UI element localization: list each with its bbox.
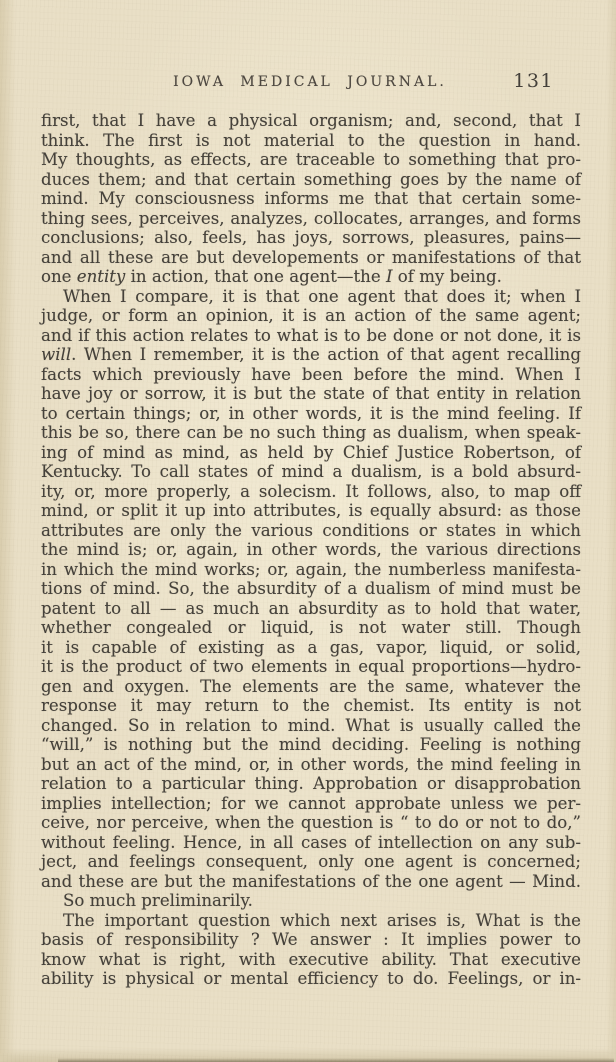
text-line: ceive, nor perceive, when the question i… xyxy=(41,813,581,833)
text-line: judge, or form an opinion, it is an acti… xyxy=(41,306,581,326)
text-line: So much preliminarily. xyxy=(41,891,581,911)
text-line: tions of mind. So, the absurdity of a du… xyxy=(41,579,581,599)
text-line: response it may return to the chemist. I… xyxy=(41,696,581,716)
text-line: this be so, there can be no such thing a… xyxy=(41,423,581,443)
text-line: The important question which next arises… xyxy=(41,911,581,931)
text-line: ity, or, more properly, a solecism. It f… xyxy=(41,482,581,502)
text-line: one entity in action, that one agent—the… xyxy=(41,267,581,287)
text-line: to certain things; or, in other words, i… xyxy=(41,404,581,424)
text-line: Kentucky. To call states of mind a duali… xyxy=(41,462,581,482)
text-line: and all these are but developements or m… xyxy=(41,248,581,268)
text-line: changed. So in relation to mind. What is… xyxy=(41,716,581,736)
text-line: and these are but the manifestations of … xyxy=(41,872,581,892)
text-line: ability is physical or mental efficiency… xyxy=(41,969,581,989)
text-line: gen and oxygen. The elements are the sam… xyxy=(41,677,581,697)
text-line: it is the product of two elements in equ… xyxy=(41,657,581,677)
text-line: but an act of the mind, or, in other wor… xyxy=(41,755,581,775)
text-line: the mind is; or, again, in other words, … xyxy=(41,540,581,560)
text-line: facts which previously have been before … xyxy=(41,365,581,385)
text-line: mind, or split it up into attributes, is… xyxy=(41,501,581,521)
scanned-journal-page: IOWA MEDICAL JOURNAL. 131 first, that I … xyxy=(0,0,616,1062)
text-line: first, that I have a physical organism; … xyxy=(41,111,581,131)
text-line: When I compare, it is that one agent tha… xyxy=(41,287,581,307)
text-line: mind. My consciousness informs me that t… xyxy=(41,189,581,209)
page-number: 131 xyxy=(513,70,554,92)
journal-title: IOWA MEDICAL JOURNAL. xyxy=(40,74,580,90)
text-line: “will,” is nothing but the mind deciding… xyxy=(41,735,581,755)
text-line: ing of mind as mind, as held by Chief Ju… xyxy=(41,443,581,463)
text-line: implies intellection; for we cannot appr… xyxy=(41,794,581,814)
page-body: first, that I have a physical organism; … xyxy=(41,111,581,989)
text-line: My thoughts, as effects, are traceable t… xyxy=(41,150,581,170)
text-line: conclusions; also, feels, has joys, sorr… xyxy=(41,228,581,248)
text-line: thing sees, perceives, analyzes, colloca… xyxy=(41,209,581,229)
text-line: ject, and feelings consequent, only one … xyxy=(41,852,581,872)
text-line: it is capable of existing as a gas, vapo… xyxy=(41,638,581,658)
text-line: and if this action relates to what is to… xyxy=(41,326,581,346)
text-line: will. When I remember, it is the action … xyxy=(41,345,581,365)
text-line: duces them; and that certain something g… xyxy=(41,170,581,190)
text-line: whether congealed or liquid, is not wate… xyxy=(41,618,581,638)
text-line: in which the mind works; or, again, the … xyxy=(41,560,581,580)
text-line: without feeling. Hence, in all cases of … xyxy=(41,833,581,853)
scan-edge-shadow xyxy=(58,1058,614,1062)
text-line: know what is right, with executive abili… xyxy=(41,950,581,970)
text-line: patent to all — as much an absurdity as … xyxy=(41,599,581,619)
page-header: IOWA MEDICAL JOURNAL. 131 xyxy=(40,70,580,94)
text-line: attributes are only the various conditio… xyxy=(41,521,581,541)
text-line: think. The first is not material to the … xyxy=(41,131,581,151)
text-line: basis of responsibility ? We answer : It… xyxy=(41,930,581,950)
text-line: have joy or sorrow, it is but the state … xyxy=(41,384,581,404)
text-line: relation to a particular thing. Approbat… xyxy=(41,774,581,794)
